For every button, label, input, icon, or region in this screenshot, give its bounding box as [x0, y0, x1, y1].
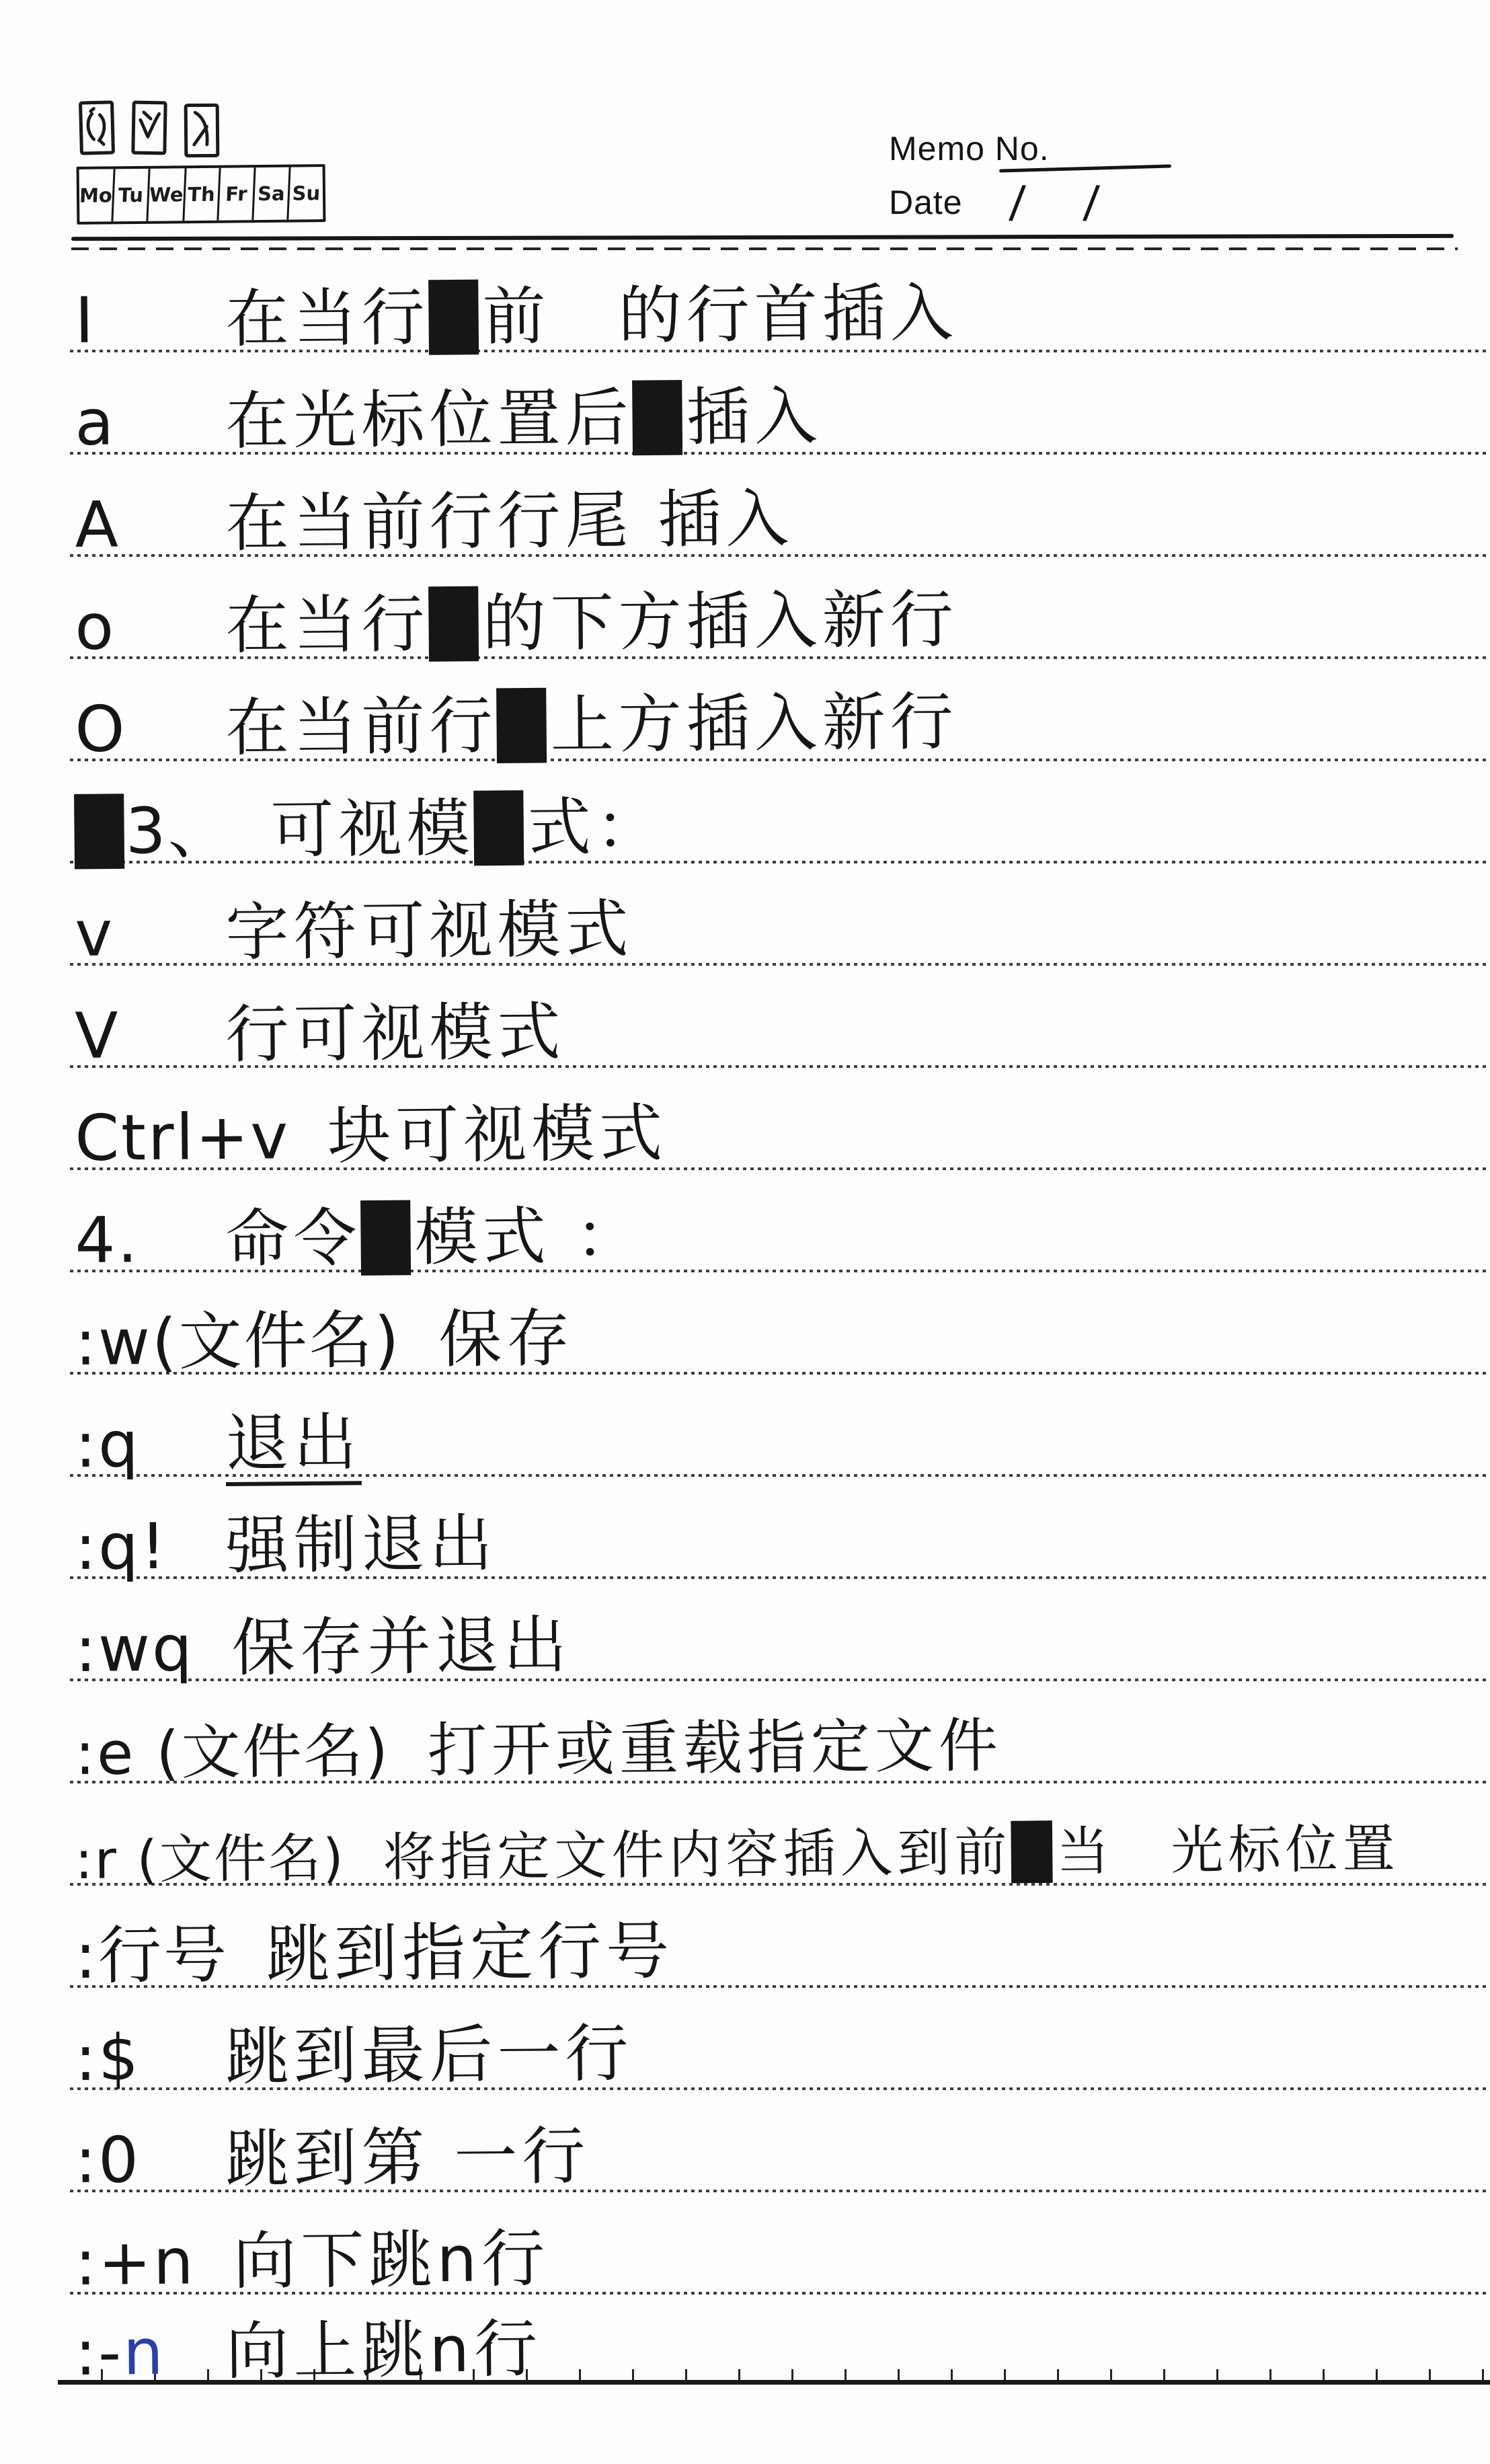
- note-line: :0跳到第 一行: [0, 2098, 1490, 2192]
- note-line: :wq保存并退出: [0, 1587, 1490, 1681]
- handwritten-text: I在当行█前 的行首插入: [75, 262, 958, 360]
- weekday-cell-tu: Tu: [113, 169, 150, 222]
- command-description: 向下跳n行: [233, 2223, 550, 2299]
- command-description: 可视模█式：: [270, 790, 664, 867]
- command-key: I: [75, 284, 188, 358]
- command-description: 在当行█前 的行首插入: [225, 277, 958, 357]
- weekday-strip: MoTuWeThFrSaSu: [77, 164, 326, 225]
- header-rule-dashed: [71, 247, 1458, 250]
- command-key: A: [75, 488, 188, 562]
- weekday-cell-th: Th: [184, 168, 221, 221]
- note-line: :$跳到最后一行: [0, 1996, 1490, 2090]
- command-key: O: [75, 693, 188, 767]
- command-description: 将指定文件内容插入到前█当 光标位置: [383, 1819, 1400, 1888]
- handwritten-text: v字符可视模式: [75, 878, 633, 974]
- note-line: :-n向上跳n行: [0, 2290, 1490, 2385]
- date-slash-1: /: [1008, 176, 1027, 228]
- note-line: :r (文件名)将指定文件内容插入到前█当 光标位置: [0, 1792, 1490, 1886]
- sketch-squiggle-icon: [79, 100, 115, 155]
- command-description: 在当前行行尾 插入: [225, 483, 794, 561]
- command-key: :行号: [75, 1904, 229, 1996]
- note-line: V行可视模式: [0, 974, 1490, 1068]
- memo-no-label: Memo No.: [889, 129, 1050, 168]
- command-key: :-n: [75, 2316, 188, 2390]
- weekday-cell-we: We: [148, 168, 186, 221]
- command-key: :+n: [75, 2225, 196, 2300]
- handwritten-text: :-n向上跳n行: [75, 2298, 543, 2393]
- command-description: 在当行█的下方插入新行: [225, 584, 958, 664]
- weekday-cell-mo: Mo: [78, 169, 115, 222]
- note-line: 4.命令█模式 ：: [0, 1178, 1490, 1272]
- note-line: :+n向下跳n行: [0, 2200, 1490, 2295]
- command-key: :e (文件名): [75, 1704, 391, 1792]
- handwritten-text: :0跳到第 一行: [75, 2105, 590, 2200]
- handwritten-text: :$跳到最后一行: [75, 2003, 633, 2098]
- slash-glyph: [188, 107, 217, 154]
- command-description: 跳到最后一行: [225, 2017, 633, 2094]
- command-description: 打开或重载指定文件: [427, 1711, 1003, 1785]
- command-description: 跳到指定行号: [266, 1915, 674, 1991]
- command-description: 块可视模式: [327, 1097, 668, 1173]
- sketch-check-icon: [131, 101, 167, 155]
- command-description: 行可视模式: [225, 996, 565, 1072]
- note-line: o在当行█的下方插入新行: [0, 565, 1490, 659]
- handwritten-text: O在当前行█上方插入新行: [75, 671, 958, 769]
- squiggle-glyph: [82, 104, 112, 151]
- date-label: Date: [889, 183, 963, 222]
- command-description: 保存并退出: [231, 1609, 572, 1685]
- note-line: A在当前行行尾 插入: [0, 463, 1490, 557]
- note-line: I在当行█前 的行首插入: [0, 258, 1490, 352]
- command-key: :q: [75, 1408, 188, 1482]
- handwritten-text: :q退出: [75, 1391, 362, 1485]
- handwritten-text: :e (文件名)打开或重载指定文件: [75, 1699, 1003, 1792]
- handwritten-text: :w(文件名)保存: [75, 1288, 575, 1383]
- command-key: o: [75, 590, 188, 664]
- command-description: 字符可视模式: [225, 893, 633, 970]
- command-key: Ctrl+v: [75, 1100, 290, 1176]
- memo-page: MoTuWeThFrSaSu Memo No. Date / / I在当行█前 …: [0, 0, 1490, 2464]
- command-description: 退出: [225, 1406, 362, 1486]
- note-line: :q退出: [0, 1383, 1490, 1477]
- command-key: v: [75, 897, 188, 971]
- note-line: :行号跳到指定行号: [0, 1894, 1490, 1988]
- handwritten-text: :r (文件名)将指定文件内容插入到前█当 光标位置: [75, 1807, 1400, 1894]
- command-key: V: [75, 999, 188, 1073]
- command-key: :$: [75, 2022, 188, 2095]
- command-description: 跳到第 一行: [225, 2120, 590, 2196]
- date-slash-2: /: [1082, 176, 1101, 228]
- note-line: :q!强制退出: [0, 1485, 1490, 1579]
- handwritten-text: :wq保存并退出: [75, 1594, 572, 1689]
- command-description: 强制退出: [225, 1508, 498, 1584]
- command-key: :0: [75, 2124, 188, 2198]
- handwritten-text: o在当行█的下方插入新行: [75, 569, 958, 667]
- weekday-cell-sa: Sa: [254, 167, 291, 221]
- command-key: █3、: [75, 779, 233, 872]
- handwritten-text: 4.命令█模式 ：: [75, 1185, 643, 1280]
- command-description: 在光标位置后█插入: [225, 380, 822, 459]
- note-line: v字符可视模式: [0, 872, 1490, 966]
- header-rule-solid: [71, 234, 1454, 241]
- note-line: █3、可视模█式：: [0, 769, 1490, 863]
- handwritten-text: :q!强制退出: [75, 1493, 498, 1587]
- handwritten-text: :+n向下跳n行: [75, 2208, 550, 2303]
- handwritten-text: A在当前行行尾 插入: [75, 468, 794, 565]
- command-key: :r (文件名): [75, 1816, 346, 1894]
- handwritten-text: V行可视模式: [75, 981, 565, 1076]
- command-description: 命令█模式 ：: [225, 1200, 643, 1276]
- command-description: 向上跳n行: [225, 2313, 543, 2389]
- note-line: Ctrl+v块可视模式: [0, 1076, 1490, 1170]
- note-line: O在当前行█上方插入新行: [0, 667, 1490, 761]
- command-key: :q!: [75, 1510, 188, 1584]
- handwritten-text: a在光标位置后█插入: [75, 365, 822, 463]
- weekday-cell-fr: Fr: [219, 167, 256, 221]
- command-description: 在当前行█上方插入新行: [225, 686, 958, 766]
- weekday-cell-su: Su: [288, 167, 323, 220]
- note-line: :e (文件名)打开或重载指定文件: [0, 1689, 1490, 1783]
- note-line: a在光标位置后█插入: [0, 360, 1490, 455]
- handwritten-text: █3、可视模█式：: [75, 775, 664, 872]
- command-key: :w(文件名): [75, 1289, 401, 1383]
- command-description: 保存: [438, 1303, 575, 1377]
- command-key: a: [75, 386, 188, 460]
- check-glyph: [134, 104, 163, 152]
- command-key: 4.: [75, 1204, 188, 1278]
- handwritten-text: :行号跳到指定行号: [75, 1900, 674, 1996]
- command-key: :wq: [75, 1612, 194, 1687]
- handwritten-text: Ctrl+v块可视模式: [75, 1082, 668, 1178]
- command-key-blue-part: n: [123, 2316, 166, 2390]
- note-line: :w(文件名)保存: [0, 1280, 1490, 1375]
- sketch-slash-icon: [184, 104, 220, 157]
